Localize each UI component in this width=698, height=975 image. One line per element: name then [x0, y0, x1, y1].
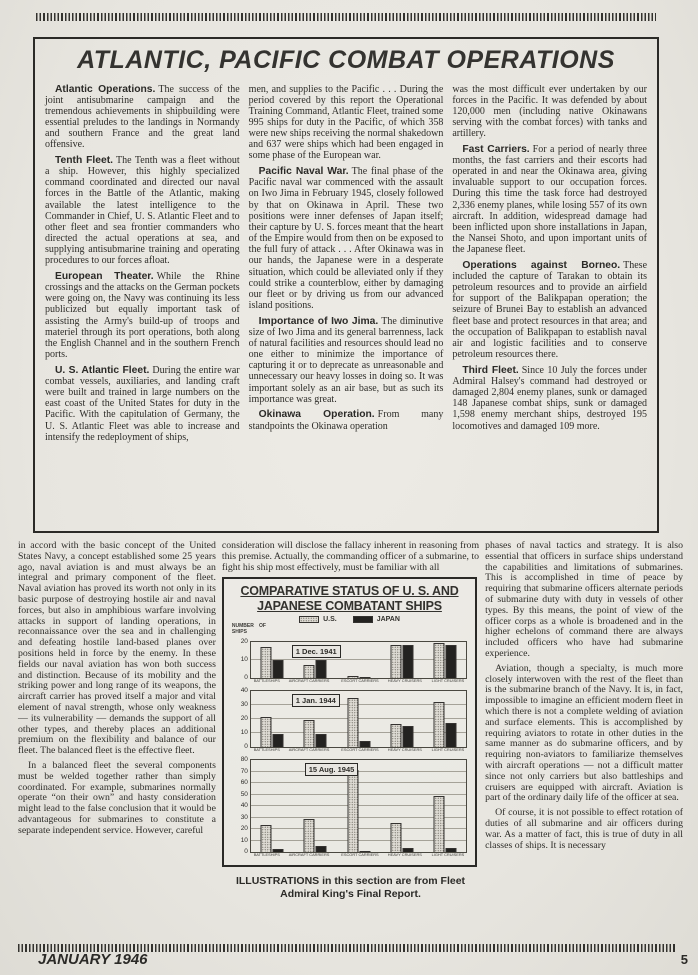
y-tick-label: 30 [234, 814, 248, 821]
body-text: For a period of nearly three months, the… [452, 144, 647, 255]
japan-bar-battleships [273, 660, 284, 678]
japan-bar-light-cruisers [445, 848, 456, 851]
panel-date-label: 1 Jan. 1944 [292, 694, 340, 707]
bar-group [261, 825, 284, 851]
category-labels: BATTLESHIPSAIRCRAFT CARRIERSESCORT CARRI… [250, 853, 469, 859]
y-tick-label: 40 [234, 802, 248, 809]
top-columns: Atlantic Operations.The success of the j… [45, 84, 647, 448]
paragraph-atlantic-operations: Atlantic Operations.The success of the j… [45, 84, 240, 151]
bar-group [390, 724, 413, 746]
category-label: ESCORT CARRIERS [341, 853, 378, 858]
caption-lead: ILLUSTRATIONS [236, 875, 319, 887]
bar-group [390, 645, 413, 677]
japan-bar-aircraft-carriers [316, 660, 327, 678]
paragraph-european-theater: European Theater.While the Rhine crossin… [45, 271, 240, 360]
us-bar-escort-carriers [347, 676, 358, 678]
run-in-head: Operations against Borneo. [462, 260, 620, 271]
y-tick-label: 20 [234, 715, 248, 722]
category-label: LIGHT CRUISERS [432, 853, 465, 858]
paragraph-continuation: was the most difficult ever undertaken b… [452, 84, 647, 140]
us-bar-light-cruisers [433, 702, 444, 747]
category-label: HEAVY CRUISERS [388, 748, 422, 753]
category-labels: BATTLESHIPSAIRCRAFT CARRIERSESCORT CARRI… [250, 679, 469, 685]
run-in-head: U. S. Atlantic Fleet. [55, 365, 149, 376]
body-text: During the entire war combat vessels, au… [45, 365, 240, 443]
bar-group [304, 819, 327, 851]
illustrations-caption: ILLUSTRATIONS in this section are from F… [222, 875, 479, 902]
category-labels: BATTLESHIPSAIRCRAFT CARRIERSESCORT CARRI… [250, 748, 469, 754]
issue-date: JANUARY 1946 [38, 951, 148, 968]
us-bar-battleships [261, 825, 272, 851]
magazine-page: ATLANTIC, PACIFIC COMBAT OPERATIONS Atla… [0, 0, 698, 975]
paragraph-operations-borneo: Operations against Borneo.These included… [452, 260, 647, 360]
category-label: HEAVY CRUISERS [388, 853, 422, 858]
japan-bar-light-cruisers [445, 723, 456, 747]
chart-panel-2: 0102030401 Jan. 1944 [250, 690, 467, 748]
paragraph-aviation-specialty: Aviation, though a specialty, is much mo… [485, 664, 683, 804]
legend-us-label: U.S. [323, 616, 337, 623]
category-label: AIRCRAFT CARRIERS [289, 853, 330, 858]
legend-japan-label: JAPAN [377, 616, 400, 623]
japan-bar-escort-carriers [359, 851, 370, 852]
category-label: BATTLESHIPS [254, 853, 280, 858]
category-label: ESCORT CARRIERS [341, 748, 378, 753]
category-label: LIGHT CRUISERS [432, 679, 465, 684]
body-text: was the most difficult ever undertaken b… [452, 84, 647, 140]
japan-bar-battleships [273, 849, 284, 851]
category-label: ESCORT CARRIERS [341, 679, 378, 684]
panel-date-label: 15 Aug. 1945 [305, 763, 359, 776]
y-tick-label: 20 [234, 825, 248, 832]
paragraph-rotation-duties: Of course, it is not possible to effect … [485, 808, 683, 851]
bar-group [304, 660, 327, 678]
run-in-head: Atlantic Operations. [55, 84, 155, 95]
japan-bar-escort-carriers [359, 741, 370, 747]
comparative-ships-chart: COMPARATIVE STATUS OF U. S. AND JAPANESE… [222, 577, 477, 866]
us-bar-escort-carriers [347, 770, 358, 852]
paragraph-us-atlantic-fleet: U. S. Atlantic Fleet.During the entire w… [45, 365, 240, 443]
top-column-2: men, and supplies to the Pacific . . . D… [249, 84, 444, 448]
paragraph-balanced-fleet: In a balanced fleet the several componen… [18, 761, 216, 837]
paragraph-pacific-naval-war: Pacific Naval War.The final phase of the… [249, 166, 444, 311]
bar-group [433, 643, 456, 677]
us-bar-light-cruisers [433, 796, 444, 851]
bar-group [261, 647, 284, 678]
category-label: BATTLESHIPS [254, 679, 280, 684]
y-tick-label: 40 [234, 687, 248, 694]
bar-group [261, 717, 284, 746]
bar-group [347, 698, 370, 747]
us-bar-heavy-cruisers [390, 724, 401, 746]
japan-bar-aircraft-carriers [316, 734, 327, 747]
us-swatch-icon [299, 616, 319, 623]
run-in-head: Okinawa Operation. [259, 409, 375, 420]
chart-panel-1: 010201 Dec. 1941 [250, 641, 467, 679]
japan-bar-escort-carriers [359, 677, 370, 678]
category-label: LIGHT CRUISERS [432, 748, 465, 753]
y-tick-label: 30 [234, 701, 248, 708]
y-tick-label: 10 [234, 656, 248, 663]
paragraph-fast-carriers: Fast Carriers.For a period of nearly thr… [452, 144, 647, 256]
run-in-head: Third Fleet. [462, 365, 518, 376]
panel-date-label: 1 Dec. 1941 [292, 645, 341, 658]
category-label: BATTLESHIPS [254, 748, 280, 753]
chart-legend: U.S. JAPAN [230, 616, 469, 623]
top-divider-stripes [36, 13, 656, 21]
japan-bar-battleships [273, 734, 284, 747]
y-tick-label: 60 [234, 779, 248, 786]
us-bar-aircraft-carriers [304, 819, 315, 851]
chart-panels: 010201 Dec. 1941BATTLESHIPSAIRCRAFT CARR… [230, 641, 469, 859]
y-axis-label: NUMBER OF SHIPS [232, 624, 266, 636]
bottom-column-2: consideration will disclose the fallacy … [222, 541, 479, 902]
legend-item-us: U.S. [299, 616, 337, 623]
run-in-head: Importance of Iwo Jima. [259, 316, 379, 327]
run-in-head: Fast Carriers. [462, 144, 529, 155]
japan-bar-light-cruisers [445, 645, 456, 677]
page-number: 5 [681, 952, 688, 967]
bottom-columns: in accord with the basic concept of the … [18, 541, 683, 902]
paragraph-third-fleet: Third Fleet.Since 10 July the forces und… [452, 365, 647, 432]
y-tick-label: 20 [234, 638, 248, 645]
body-text: These included the capture of Tarakan to… [452, 260, 647, 360]
paragraph-tenth-fleet: Tenth Fleet.The Tenth was a fleet withou… [45, 155, 240, 267]
bottom-column-3: phases of naval tactics and strategy. It… [485, 541, 683, 902]
japan-bar-heavy-cruisers [402, 645, 413, 677]
body-text: The diminutive size of Iwo Jima and its … [249, 316, 444, 405]
category-label: AIRCRAFT CARRIERS [289, 679, 330, 684]
paragraph-naval-tactics: phases of naval tactics and strategy. It… [485, 541, 683, 660]
us-bar-battleships [261, 647, 272, 678]
y-tick-label: 50 [234, 791, 248, 798]
paragraph-importance-iwo-jima: Importance of Iwo Jima.The diminutive si… [249, 316, 444, 405]
us-bar-heavy-cruisers [390, 823, 401, 852]
y-tick-label: 0 [234, 743, 248, 750]
top-column-3: was the most difficult ever undertaken b… [452, 84, 647, 448]
paragraph-submarine-consideration: consideration will disclose the fallacy … [222, 541, 479, 573]
paragraph-naval-aviation: in accord with the basic concept of the … [18, 541, 216, 757]
us-bar-light-cruisers [433, 643, 444, 677]
y-tick-label: 10 [234, 837, 248, 844]
us-bar-aircraft-carriers [304, 665, 315, 678]
run-in-head: Tenth Fleet. [55, 155, 113, 166]
bar-group [433, 796, 456, 851]
paragraph-okinawa-operation: Okinawa Operation.From many standpoints … [249, 409, 444, 431]
y-tick-label: 10 [234, 729, 248, 736]
us-bar-heavy-cruisers [390, 645, 401, 677]
bar-group [433, 702, 456, 747]
japan-bar-heavy-cruisers [402, 726, 413, 747]
y-tick-label: 0 [234, 848, 248, 855]
body-text: men, and supplies to the Pacific . . . D… [249, 84, 444, 162]
body-text: While the Rhine crossings and the attack… [45, 271, 240, 360]
paragraph-continuation: men, and supplies to the Pacific . . . D… [249, 84, 444, 162]
y-tick-label: 80 [234, 756, 248, 763]
run-in-head: European Theater. [55, 271, 154, 282]
y-tick-label: 0 [234, 674, 248, 681]
legend-item-japan: JAPAN [353, 616, 400, 623]
article-title: ATLANTIC, PACIFIC COMBAT OPERATIONS [45, 47, 647, 75]
top-column-1: Atlantic Operations.The success of the j… [45, 84, 240, 448]
us-bar-battleships [261, 717, 272, 746]
y-tick-label: 70 [234, 768, 248, 775]
bar-group [347, 676, 370, 678]
japan-swatch-icon [353, 616, 373, 623]
category-label: HEAVY CRUISERS [388, 679, 422, 684]
bar-group [347, 770, 370, 852]
run-in-head: Pacific Naval War. [259, 166, 349, 177]
category-label: AIRCRAFT CARRIERS [289, 748, 330, 753]
combat-operations-box: ATLANTIC, PACIFIC COMBAT OPERATIONS Atla… [33, 37, 659, 533]
body-text: The Tenth was a fleet without a ship. Ho… [45, 155, 240, 266]
us-bar-aircraft-carriers [304, 720, 315, 747]
bar-group [304, 720, 327, 747]
japan-bar-heavy-cruisers [402, 848, 413, 851]
japan-bar-aircraft-carriers [316, 846, 327, 852]
chart-panel-3: 0102030405060708015 Aug. 1945 [250, 759, 467, 853]
us-bar-escort-carriers [347, 698, 358, 747]
body-text: The final phase of the Pacific naval war… [249, 166, 444, 311]
bar-group [390, 823, 413, 852]
chart-title: COMPARATIVE STATUS OF U. S. AND JAPANESE… [232, 584, 467, 613]
bottom-column-1: in accord with the basic concept of the … [18, 541, 216, 902]
page-content: ATLANTIC, PACIFIC COMBAT OPERATIONS Atla… [18, 37, 683, 902]
